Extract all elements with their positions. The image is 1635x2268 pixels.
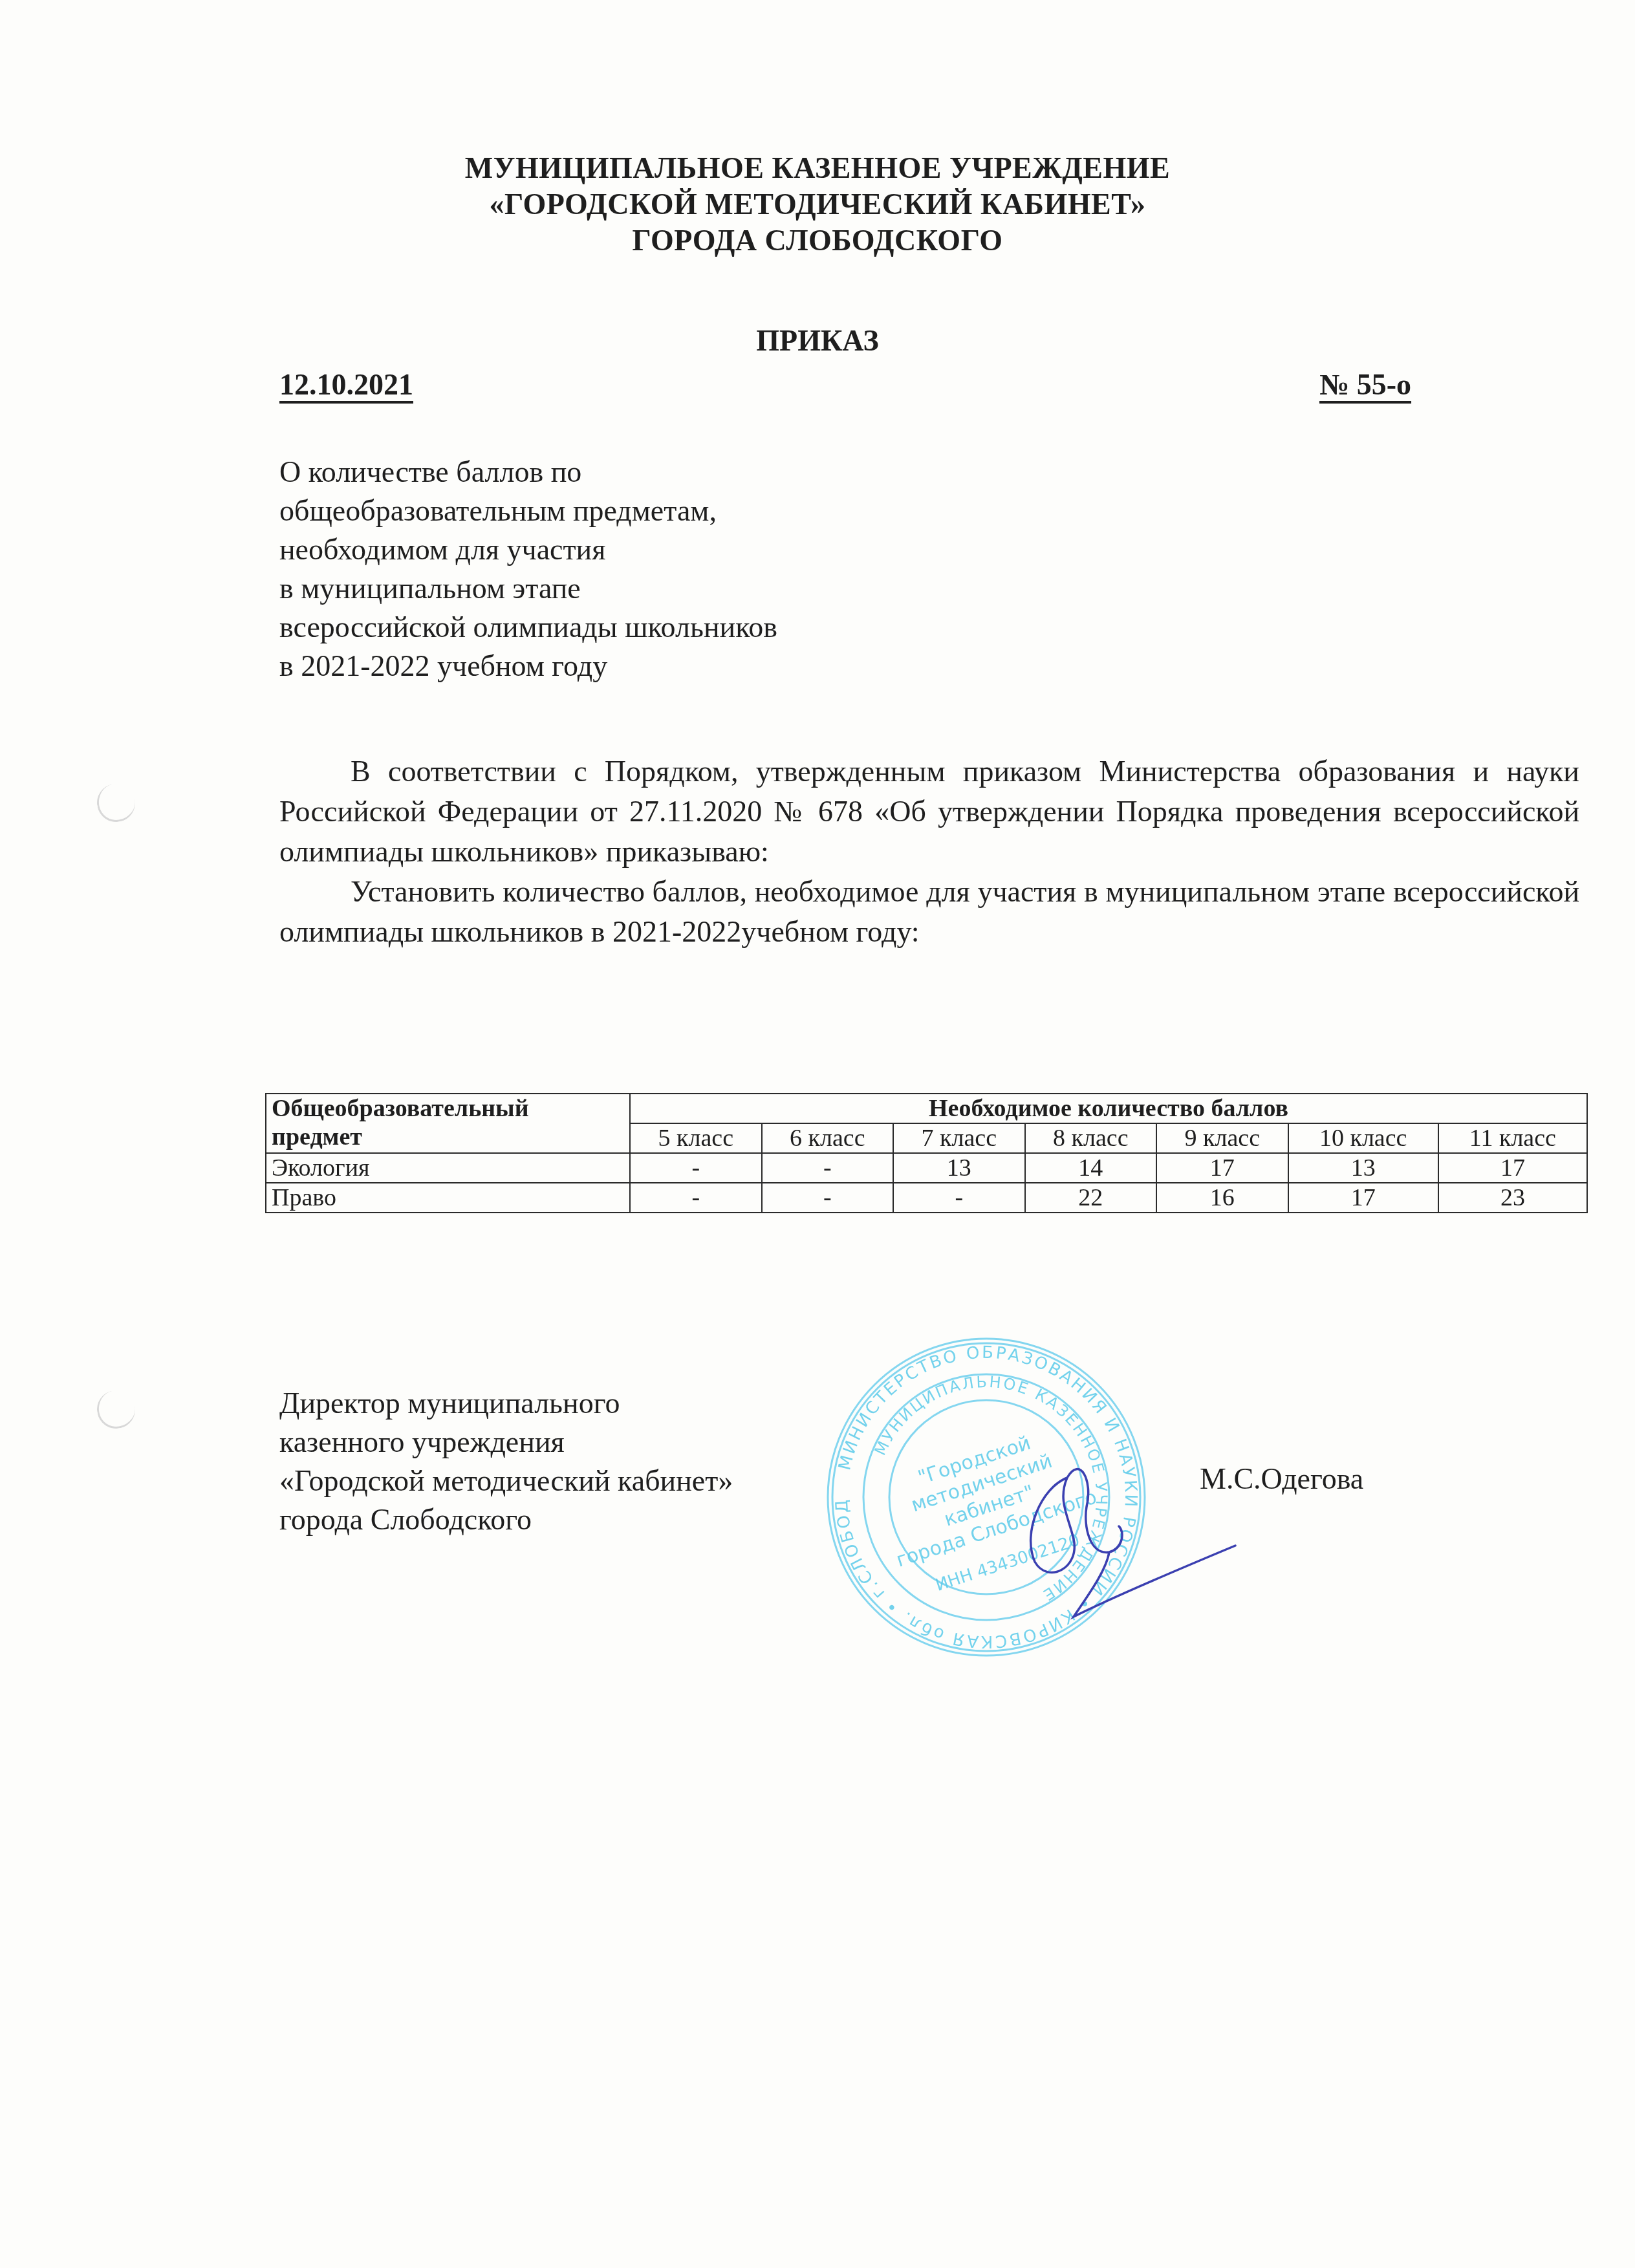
- organization-header: МУНИЦИПАЛЬНОЕ КАЗЕННОЕ УЧРЕЖДЕНИЕ «ГОРОД…: [0, 150, 1635, 259]
- grade-header: 6 класс: [762, 1123, 894, 1153]
- score-cell: -: [630, 1183, 762, 1213]
- org-name-line-3: ГОРОДА СЛОБОДСКОГО: [0, 222, 1635, 259]
- subject-line: необходимом для участия: [279, 530, 777, 569]
- table-row: Экология - - 13 14 17 13 17: [266, 1153, 1587, 1183]
- subject-line: в 2021-2022 учебном году: [279, 647, 777, 686]
- score-cell: 13: [893, 1153, 1025, 1183]
- handwritten-signature-icon: [996, 1442, 1242, 1636]
- score-cell: 17: [1438, 1153, 1587, 1183]
- document-type-title: ПРИКАЗ: [0, 323, 1635, 358]
- order-date: 12.10.2021: [279, 367, 413, 402]
- signatory-title-line: «Городской методический кабинет»: [279, 1462, 733, 1500]
- grade-header: 5 класс: [630, 1123, 762, 1153]
- order-number: № 55-о: [1319, 367, 1411, 402]
- subject-line: всероссийской олимпиады школьников: [279, 608, 777, 647]
- order-body: В соответствии с Порядком, утвержденным …: [279, 751, 1579, 952]
- grade-header: 11 класс: [1438, 1123, 1587, 1153]
- subject-cell: Экология: [266, 1153, 630, 1183]
- subject-cell: Право: [266, 1183, 630, 1213]
- signatory-title: Директор муниципального казенного учрежд…: [279, 1384, 733, 1539]
- body-paragraph-directive: Установить количество баллов, необходимо…: [279, 872, 1579, 952]
- grade-header: 9 класс: [1156, 1123, 1288, 1153]
- score-cell: 23: [1438, 1183, 1587, 1213]
- grade-header: 10 класс: [1288, 1123, 1438, 1153]
- table-header-row: Общеобразовательный предмет Необходимое …: [266, 1094, 1587, 1123]
- score-cell: -: [630, 1153, 762, 1183]
- hole-punch-mark-icon: [94, 1387, 138, 1431]
- hole-punch-mark-icon: [94, 781, 138, 825]
- grade-header: 7 класс: [893, 1123, 1025, 1153]
- score-cell: 13: [1288, 1153, 1438, 1183]
- score-cell: 17: [1288, 1183, 1438, 1213]
- scores-group-header: Необходимое количество баллов: [630, 1094, 1587, 1123]
- body-paragraph-basis: В соответствии с Порядком, утвержденным …: [279, 751, 1579, 872]
- order-subject: О количестве баллов по общеобразовательн…: [279, 453, 777, 686]
- subject-line: в муниципальном этапе: [279, 569, 777, 608]
- score-cell: 16: [1156, 1183, 1288, 1213]
- table-row: Право - - - 22 16 17 23: [266, 1183, 1587, 1213]
- score-cell: -: [893, 1183, 1025, 1213]
- scores-table: Общеобразовательный предмет Необходимое …: [265, 1093, 1588, 1213]
- score-cell: 17: [1156, 1153, 1288, 1183]
- signatory-title-line: казенного учреждения: [279, 1423, 733, 1462]
- signatory-title-line: Директор муниципального: [279, 1384, 733, 1423]
- score-cell: -: [762, 1153, 894, 1183]
- subject-column-header: Общеобразовательный предмет: [266, 1094, 630, 1153]
- score-cell: 22: [1025, 1183, 1157, 1213]
- subject-line: О количестве баллов по: [279, 453, 777, 491]
- org-name-line-2: «ГОРОДСКОЙ МЕТОДИЧЕСКИЙ КАБИНЕТ»: [0, 186, 1635, 222]
- subject-line: общеобразовательным предметам,: [279, 491, 777, 530]
- org-name-line-1: МУНИЦИПАЛЬНОЕ КАЗЕННОЕ УЧРЕЖДЕНИЕ: [0, 150, 1635, 186]
- score-cell: 14: [1025, 1153, 1157, 1183]
- signatory-title-line: города Слободского: [279, 1500, 733, 1539]
- grade-header: 8 класс: [1025, 1123, 1157, 1153]
- score-cell: -: [762, 1183, 894, 1213]
